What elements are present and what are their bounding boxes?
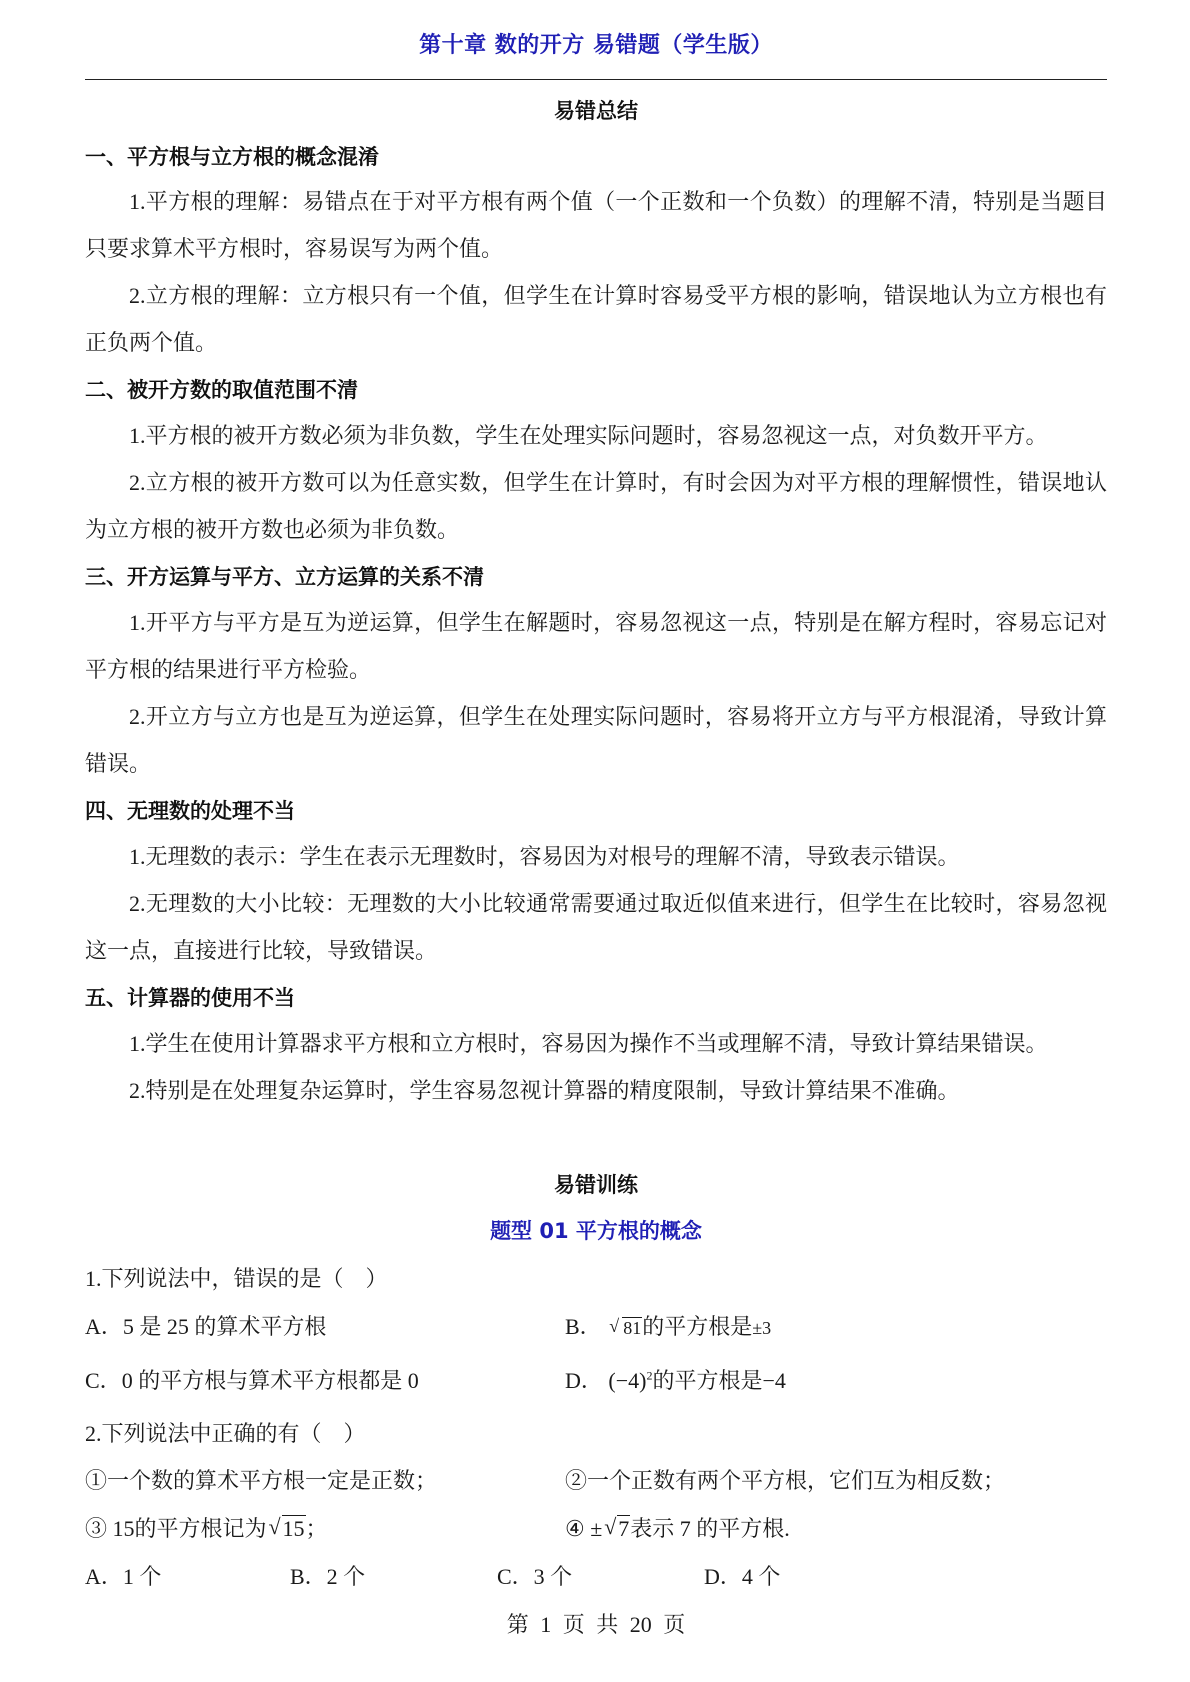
option-label: A． — [85, 1314, 123, 1339]
section-heading-5: 五、计算器的使用不当 — [85, 982, 295, 1012]
radicand: 15 — [282, 1515, 306, 1541]
question-1-option-b: B． √81的平方根是±3 — [565, 1310, 771, 1341]
sqrt-expression: √81 — [609, 1318, 642, 1339]
power-base: (−4) — [608, 1368, 646, 1393]
option-label: C． — [85, 1368, 122, 1393]
statement-2: ②一个正数有两个平方根，它们互为相反数； — [565, 1464, 1005, 1495]
question-2-option-b: B．2 个 — [290, 1560, 365, 1591]
radicand: 7 — [617, 1515, 630, 1541]
option-value: −4 — [762, 1368, 785, 1393]
question-2-option-a: A．1 个 — [85, 1560, 161, 1591]
statement-1: ①一个数的算术平方根一定是正数； — [85, 1464, 437, 1495]
section-3-paragraph-1: 1.开平方与平方是互为逆运算，但学生在解题时，容易忽视这一点，特别是在解方程时，… — [85, 599, 1107, 693]
section-heading-1: 一、平方根与立方根的概念混淆 — [85, 141, 379, 171]
radical-sign-icon: √ — [609, 1316, 619, 1337]
option-label: B． — [565, 1314, 602, 1339]
section-5-paragraph-2: 2.特别是在处理复杂运算时，学生容易忽视计算器的精度限制，导致计算结果不准确。 — [85, 1067, 1107, 1114]
radical-sign-icon: √ — [604, 1514, 616, 1540]
section-heading-2: 二、被开方数的取值范围不清 — [85, 374, 358, 404]
radical-sign-icon: √ — [269, 1514, 281, 1540]
question-1-option-a: A．5 是 25 的算术平方根 — [85, 1310, 326, 1341]
question-1-stem: 1.下列说法中，错误的是（ ） — [85, 1262, 388, 1293]
summary-title: 易错总结 — [85, 95, 1107, 125]
section-1-paragraph-1: 1.平方根的理解：易错点在于对平方根有两个值（一个正数和一个负数）的理解不清，特… — [85, 178, 1107, 272]
option-text: 的平方根是 — [642, 1314, 752, 1339]
option-text: 的平方根是 — [652, 1368, 762, 1393]
section-5-paragraph-1: 1.学生在使用计算器求平方根和立方根时，容易因为操作不当或理解不清，导致计算结果… — [85, 1020, 1107, 1067]
question-type-title: 题型 01 平方根的概念 — [85, 1215, 1107, 1245]
section-3-paragraph-2: 2.开立方与立方也是互为逆运算，但学生在处理实际问题时，容易将开立方与平方根混淆… — [85, 693, 1107, 787]
section-heading-4: 四、无理数的处理不当 — [85, 795, 295, 825]
question-2-option-d: D．4 个 — [704, 1560, 780, 1591]
section-4-paragraph-2: 2.无理数的大小比较：无理数的大小比较通常需要通过取近似值来进行，但学生在比较时… — [85, 880, 1107, 974]
statement-4-suffix: 表示 7 的平方根. — [630, 1516, 790, 1541]
section-4-paragraph-1: 1.无理数的表示：学生在表示无理数时，容易因为对根号的理解不清，导致表示错误。 — [85, 833, 1107, 880]
question-1-option-d: D． (−4)2的平方根是−4 — [565, 1364, 786, 1395]
sqrt-expression: √15 — [269, 1516, 306, 1542]
statement-4-prefix: ④ ± — [565, 1516, 602, 1541]
document-page: 第十章 数的开方 易错题（学生版） 易错总结 一、平方根与立方根的概念混淆 1.… — [0, 0, 1190, 1682]
option-value: ±3 — [752, 1318, 771, 1338]
option-label: D． — [565, 1368, 603, 1393]
sqrt-expression: √7 — [604, 1516, 630, 1542]
statement-3-suffix: ； — [306, 1516, 328, 1541]
header-divider — [85, 79, 1107, 80]
page-number: 第 1 页 共 20 页 — [85, 1608, 1107, 1639]
section-2-paragraph-2: 2.立方根的被开方数可以为任意实数，但学生在计算时，有时会因为对平方根的理解惯性… — [85, 459, 1107, 553]
section-heading-3: 三、开方运算与平方、立方运算的关系不清 — [85, 561, 484, 591]
statement-3-prefix: ③ 15的平方根记为 — [85, 1516, 267, 1541]
document-title: 第十章 数的开方 易错题（学生版） — [85, 28, 1107, 59]
section-1-paragraph-2: 2.立方根的理解：立方根只有一个值，但学生在计算时容易受平方根的影响，错误地认为… — [85, 272, 1107, 366]
option-text: 5 是 25 的算术平方根 — [123, 1314, 327, 1339]
option-text: 0 的平方根与算术平方根都是 0 — [122, 1368, 419, 1393]
question-1-option-c: C．0 的平方根与算术平方根都是 0 — [85, 1364, 419, 1395]
statement-4: ④ ±√7表示 7 的平方根. — [565, 1512, 790, 1543]
question-2-stem: 2.下列说法中正确的有（ ） — [85, 1417, 366, 1448]
statement-3: ③ 15的平方根记为√15； — [85, 1512, 328, 1543]
training-title: 易错训练 — [85, 1169, 1107, 1199]
section-2-paragraph-1: 1.平方根的被开方数必须为非负数，学生在处理实际问题时，容易忽视这一点，对负数开… — [85, 412, 1107, 459]
radicand: 81 — [622, 1317, 642, 1338]
question-2-option-c: C．3 个 — [497, 1560, 572, 1591]
